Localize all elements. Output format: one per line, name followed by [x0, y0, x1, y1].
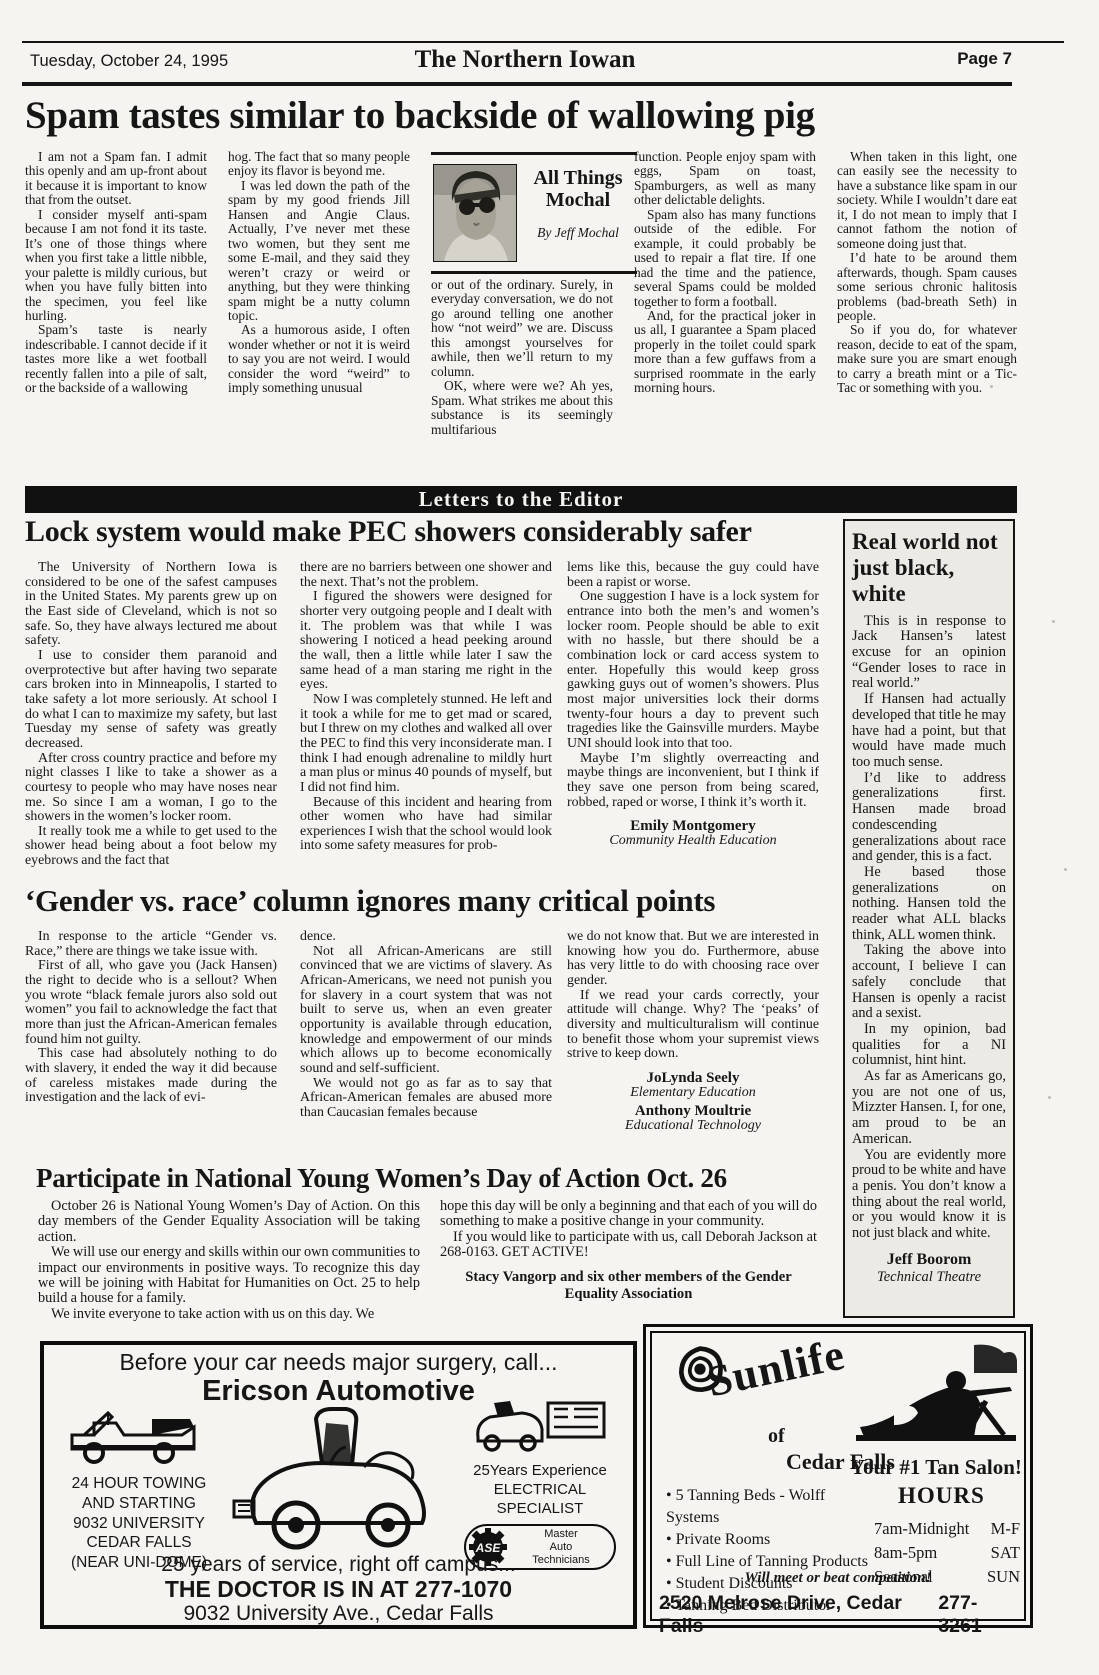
list-item: SPECIALIST	[456, 1500, 624, 1519]
list-item: If you would like to participate with us…	[440, 1230, 817, 1261]
signature-name: Jeff Boorom	[852, 1251, 1006, 1269]
list-item: Private Rooms	[666, 1529, 880, 1551]
lock-letter-headline: Lock system would make PEC showers consi…	[25, 515, 820, 549]
spam-col-3: or out of the ordinary. Surely, in every…	[431, 278, 613, 466]
participate-headline: Participate in National Young Women’s Da…	[36, 1163, 818, 1194]
sunlife-of: of	[768, 1425, 785, 1448]
car-electrical-repair-icon	[470, 1397, 610, 1455]
list-item: As a humorous aside, I often wonder whet…	[228, 323, 410, 395]
spam-col-1: I am not a Spam fan. I admit this openly…	[25, 150, 207, 466]
list-item: If we read your cards correctly, your at…	[567, 989, 819, 1062]
list-item: After cross country practice and before …	[25, 752, 277, 825]
list-item: This is in response to Jack Hansen’s lat…	[852, 614, 1006, 693]
sidebar-signature: Jeff Boorom Technical Theatre	[852, 1251, 1006, 1286]
scan-speck	[1064, 868, 1067, 871]
gender-signature-1: JoLynda Seely Elementary Education	[567, 1071, 819, 1100]
sunlife-address-row: 2520 Melrose Drive, Cedar Falls 277-3261	[659, 1592, 1017, 1638]
ericson-automotive-ad: Before your car needs major surgery, cal…	[40, 1341, 637, 1629]
columnist-photo	[433, 164, 517, 262]
scan-speck	[1052, 620, 1055, 623]
list-item: We would not go as far as to say that Af…	[300, 1077, 552, 1121]
list-item: 25Years Experience	[456, 1462, 624, 1481]
list-item: Maybe I’m slightly overreacting and mayb…	[567, 752, 819, 811]
list-item: OK, where were we? Ah yes, Spam. What st…	[431, 379, 613, 437]
lock-col-3-paragraphs: lems like this, because the guy could ha…	[567, 561, 819, 810]
hours-row: 8am-5pm SAT	[874, 1541, 1020, 1565]
signature-title: Elementary Education	[567, 1086, 819, 1101]
sidebar-letter-box: Real world not just black, white This is…	[843, 519, 1015, 1318]
spam-headline: Spam tastes similar to backside of wallo…	[25, 93, 963, 138]
signature-name: JoLynda Seely	[567, 1071, 819, 1086]
list-item: I consider myself anti-spam because I am…	[25, 208, 207, 324]
list-item: 5 Tanning Beds - Wolff Systems	[666, 1485, 880, 1529]
list-item: dence.	[300, 930, 552, 945]
sunlife-tagline: Your #1 Tan Salon!	[848, 1455, 1024, 1480]
list-item: I’d like to address generalizations firs…	[852, 771, 1006, 865]
gender-letter-headline: ‘Gender vs. race’ column ignores many cr…	[25, 883, 820, 919]
list-item: Not all African-Americans are still conv…	[300, 945, 552, 1077]
header-bottom-rule	[22, 82, 1012, 86]
list-item: One suggestion I have is a lock system f…	[567, 590, 819, 751]
list-item: As far as Americans go, you are not one …	[852, 1069, 1006, 1148]
ad-phone-line: THE DOCTOR IS IN AT 277-1070	[44, 1577, 633, 1603]
list-item: October 26 is National Young Women’s Day…	[38, 1199, 420, 1245]
gender-col-2: dence.Not all African-Americans are stil…	[300, 930, 552, 1170]
hours-time: 8am-5pm	[874, 1541, 937, 1565]
ase-line-2: Auto	[508, 1541, 614, 1554]
participate-col-2: hope this day will be only a beginning a…	[440, 1199, 817, 1341]
sidebar-paragraphs: This is in response to Jack Hansen’s lat…	[852, 614, 1006, 1242]
lock-col-3: lems like this, because the guy could ha…	[567, 561, 819, 887]
ase-line-1: Master	[508, 1528, 614, 1541]
list-item: CEDAR FALLS	[58, 1533, 220, 1553]
participate-col-1: October 26 is National Young Women’s Day…	[38, 1199, 420, 1341]
list-item: We invite everyone to take action with u…	[38, 1307, 420, 1322]
ad-bottom-block: 25 years of service, right off campus...…	[44, 1553, 633, 1626]
list-item: I’d hate to be around them afterwards, t…	[837, 251, 1017, 323]
list-item: 9032 UNIVERSITY	[58, 1514, 220, 1534]
column-title-line2: Mochal	[521, 189, 635, 211]
ad-left-block: 24 HOUR TOWINGAND STARTING9032 UNIVERSIT…	[58, 1405, 220, 1573]
column-byline: By Jeff Mochal	[521, 225, 635, 241]
page-number: Page 7	[932, 49, 1012, 69]
issue-date: Tuesday, October 24, 1995	[30, 52, 228, 71]
lock-col-2: there are no barriers between one shower…	[300, 561, 552, 887]
spam-col-5: When taken in this light, one can easily…	[837, 150, 1017, 466]
list-item: When taken in this light, one can easily…	[837, 150, 1017, 251]
lock-col-1: The University of Northern Iowa is consi…	[25, 561, 277, 887]
list-item: AND STARTING	[58, 1494, 220, 1514]
lock-letter-signature: Emily Montgomery Community Health Educat…	[567, 819, 819, 848]
columnist-photo-box: All Things Mochal By Jeff Mochal	[431, 152, 637, 274]
signature-title: Technical Theatre	[852, 1269, 1006, 1286]
spam-col-4: function. People enjoy spam with eggs, S…	[634, 150, 816, 466]
signature-name: Anthony Moultrie	[567, 1104, 819, 1119]
header-top-rule	[22, 41, 1064, 43]
newspaper-page: Tuesday, October 24, 1995 The Northern I…	[0, 0, 1099, 1675]
list-item: Spam also has many functions outside of …	[634, 208, 816, 309]
spam-col-2: hog. The fact that so many people enjoy …	[228, 150, 410, 466]
ad-electrical-lines: 25Years ExperienceELECTRICALSPECIALIST	[456, 1462, 624, 1518]
letters-to-the-editor-banner: Letters to the Editor	[25, 486, 1017, 513]
list-item: there are no barriers between one shower…	[300, 561, 552, 590]
list-item: I use to consider them paranoid and over…	[25, 649, 277, 752]
list-item: In my opinion, bad qualities for a NI co…	[852, 1022, 1006, 1069]
sunlife-address: 2520 Melrose Drive, Cedar Falls	[659, 1592, 938, 1638]
list-item: I am not a Spam fan. I admit this openly…	[25, 150, 207, 208]
signature-title: Educational Technology	[567, 1119, 819, 1134]
list-item: It really took me a while to get used to…	[25, 825, 277, 869]
car-open-hood-icon	[226, 1405, 448, 1555]
signature-title: Community Health Education	[567, 834, 819, 849]
list-item: we do not know that. But we are interest…	[567, 930, 819, 989]
masthead-title: The Northern Iowan	[340, 46, 710, 74]
list-item: I figured the showers were designed for …	[300, 590, 552, 693]
list-item: You are evidently more proud to be white…	[852, 1148, 1006, 1242]
participate-col-2-paragraphs: hope this day will be only a beginning a…	[440, 1199, 817, 1261]
scan-speck	[1048, 1096, 1051, 1099]
list-item: First of all, who gave you (Jack Hansen)…	[25, 959, 277, 1047]
list-item: 24 HOUR TOWING	[58, 1474, 220, 1494]
tow-truck-icon	[64, 1405, 214, 1467]
column-title: All Things Mochal	[521, 167, 635, 212]
list-item: or out of the ordinary. Surely, in every…	[431, 278, 613, 379]
list-item: In response to the article “Gender vs. R…	[25, 930, 277, 959]
list-item: He based those generalizations on nothin…	[852, 865, 1006, 944]
ad-tagline: Before your car needs major surgery, cal…	[44, 1349, 633, 1376]
sunlife-promise: Will meet or beat competition!	[646, 1570, 1030, 1587]
hours-day: SAT	[991, 1541, 1020, 1565]
list-item: hog. The fact that so many people enjoy …	[228, 150, 410, 179]
list-item: The University of Northern Iowa is consi…	[25, 561, 277, 649]
scan-speck	[990, 385, 993, 388]
list-item: I was led down the path of the spam by m…	[228, 179, 410, 324]
sidebar-headline-line2: just black, white	[852, 555, 1006, 607]
list-item: Now I was completely stunned. He left an…	[300, 693, 552, 796]
list-item: ELECTRICAL	[456, 1481, 624, 1500]
signature-name: Emily Montgomery	[567, 819, 819, 834]
participate-signature: Stacy Vangorp and six other members of t…	[440, 1269, 817, 1304]
sidebar-letter-headline: Real world not just black, white	[852, 529, 1006, 608]
list-item: Because of this incident and hearing fro…	[300, 796, 552, 855]
list-item: This case had absolutely nothing to do w…	[25, 1047, 277, 1106]
gender-col-1: In response to the article “Gender vs. R…	[25, 930, 277, 1170]
gender-signature-2: Anthony Moultrie Educational Technology	[567, 1104, 819, 1133]
column-title-line1: All Things	[521, 167, 635, 189]
list-item: Taking the above into account, I believe…	[852, 943, 1006, 1022]
list-item: We will use our energy and skills within…	[38, 1245, 420, 1307]
list-item: And, for the practical joker in us all, …	[634, 309, 816, 396]
gender-col-3-paragraphs: we do not know that. But we are interest…	[567, 930, 819, 1062]
sunbather-icon	[854, 1343, 1019, 1445]
ad-right-block: 25Years ExperienceELECTRICALSPECIALIST A…	[456, 1397, 624, 1570]
sunlife-phone: 277-3261	[938, 1592, 1017, 1638]
list-item: Spam’s taste is nearly indescribable. I …	[25, 323, 207, 395]
list-item: If Hansen had actually developed that ti…	[852, 692, 1006, 771]
sunlife-ad: Sunlife of Cedar Falls Your #1 Tan Salon…	[643, 1324, 1033, 1628]
sidebar-headline-line1: Real world not	[852, 529, 1006, 555]
gender-col-3: we do not know that. But we are interest…	[567, 930, 819, 1170]
hours-row: 7am-Midnight M-F	[874, 1517, 1020, 1541]
hours-day: M-F	[991, 1517, 1020, 1541]
hours-time: 7am-Midnight	[874, 1517, 969, 1541]
list-item: function. People enjoy spam with eggs, S…	[634, 150, 816, 208]
list-item: hope this day will be only a beginning a…	[440, 1199, 817, 1230]
list-item: lems like this, because the guy could ha…	[567, 561, 819, 590]
hours-heading: HOURS	[898, 1483, 985, 1509]
ad-address-line: 9032 University Ave., Cedar Falls	[44, 1602, 633, 1626]
ad-service-line: 25 years of service, right off campus...	[44, 1553, 633, 1577]
